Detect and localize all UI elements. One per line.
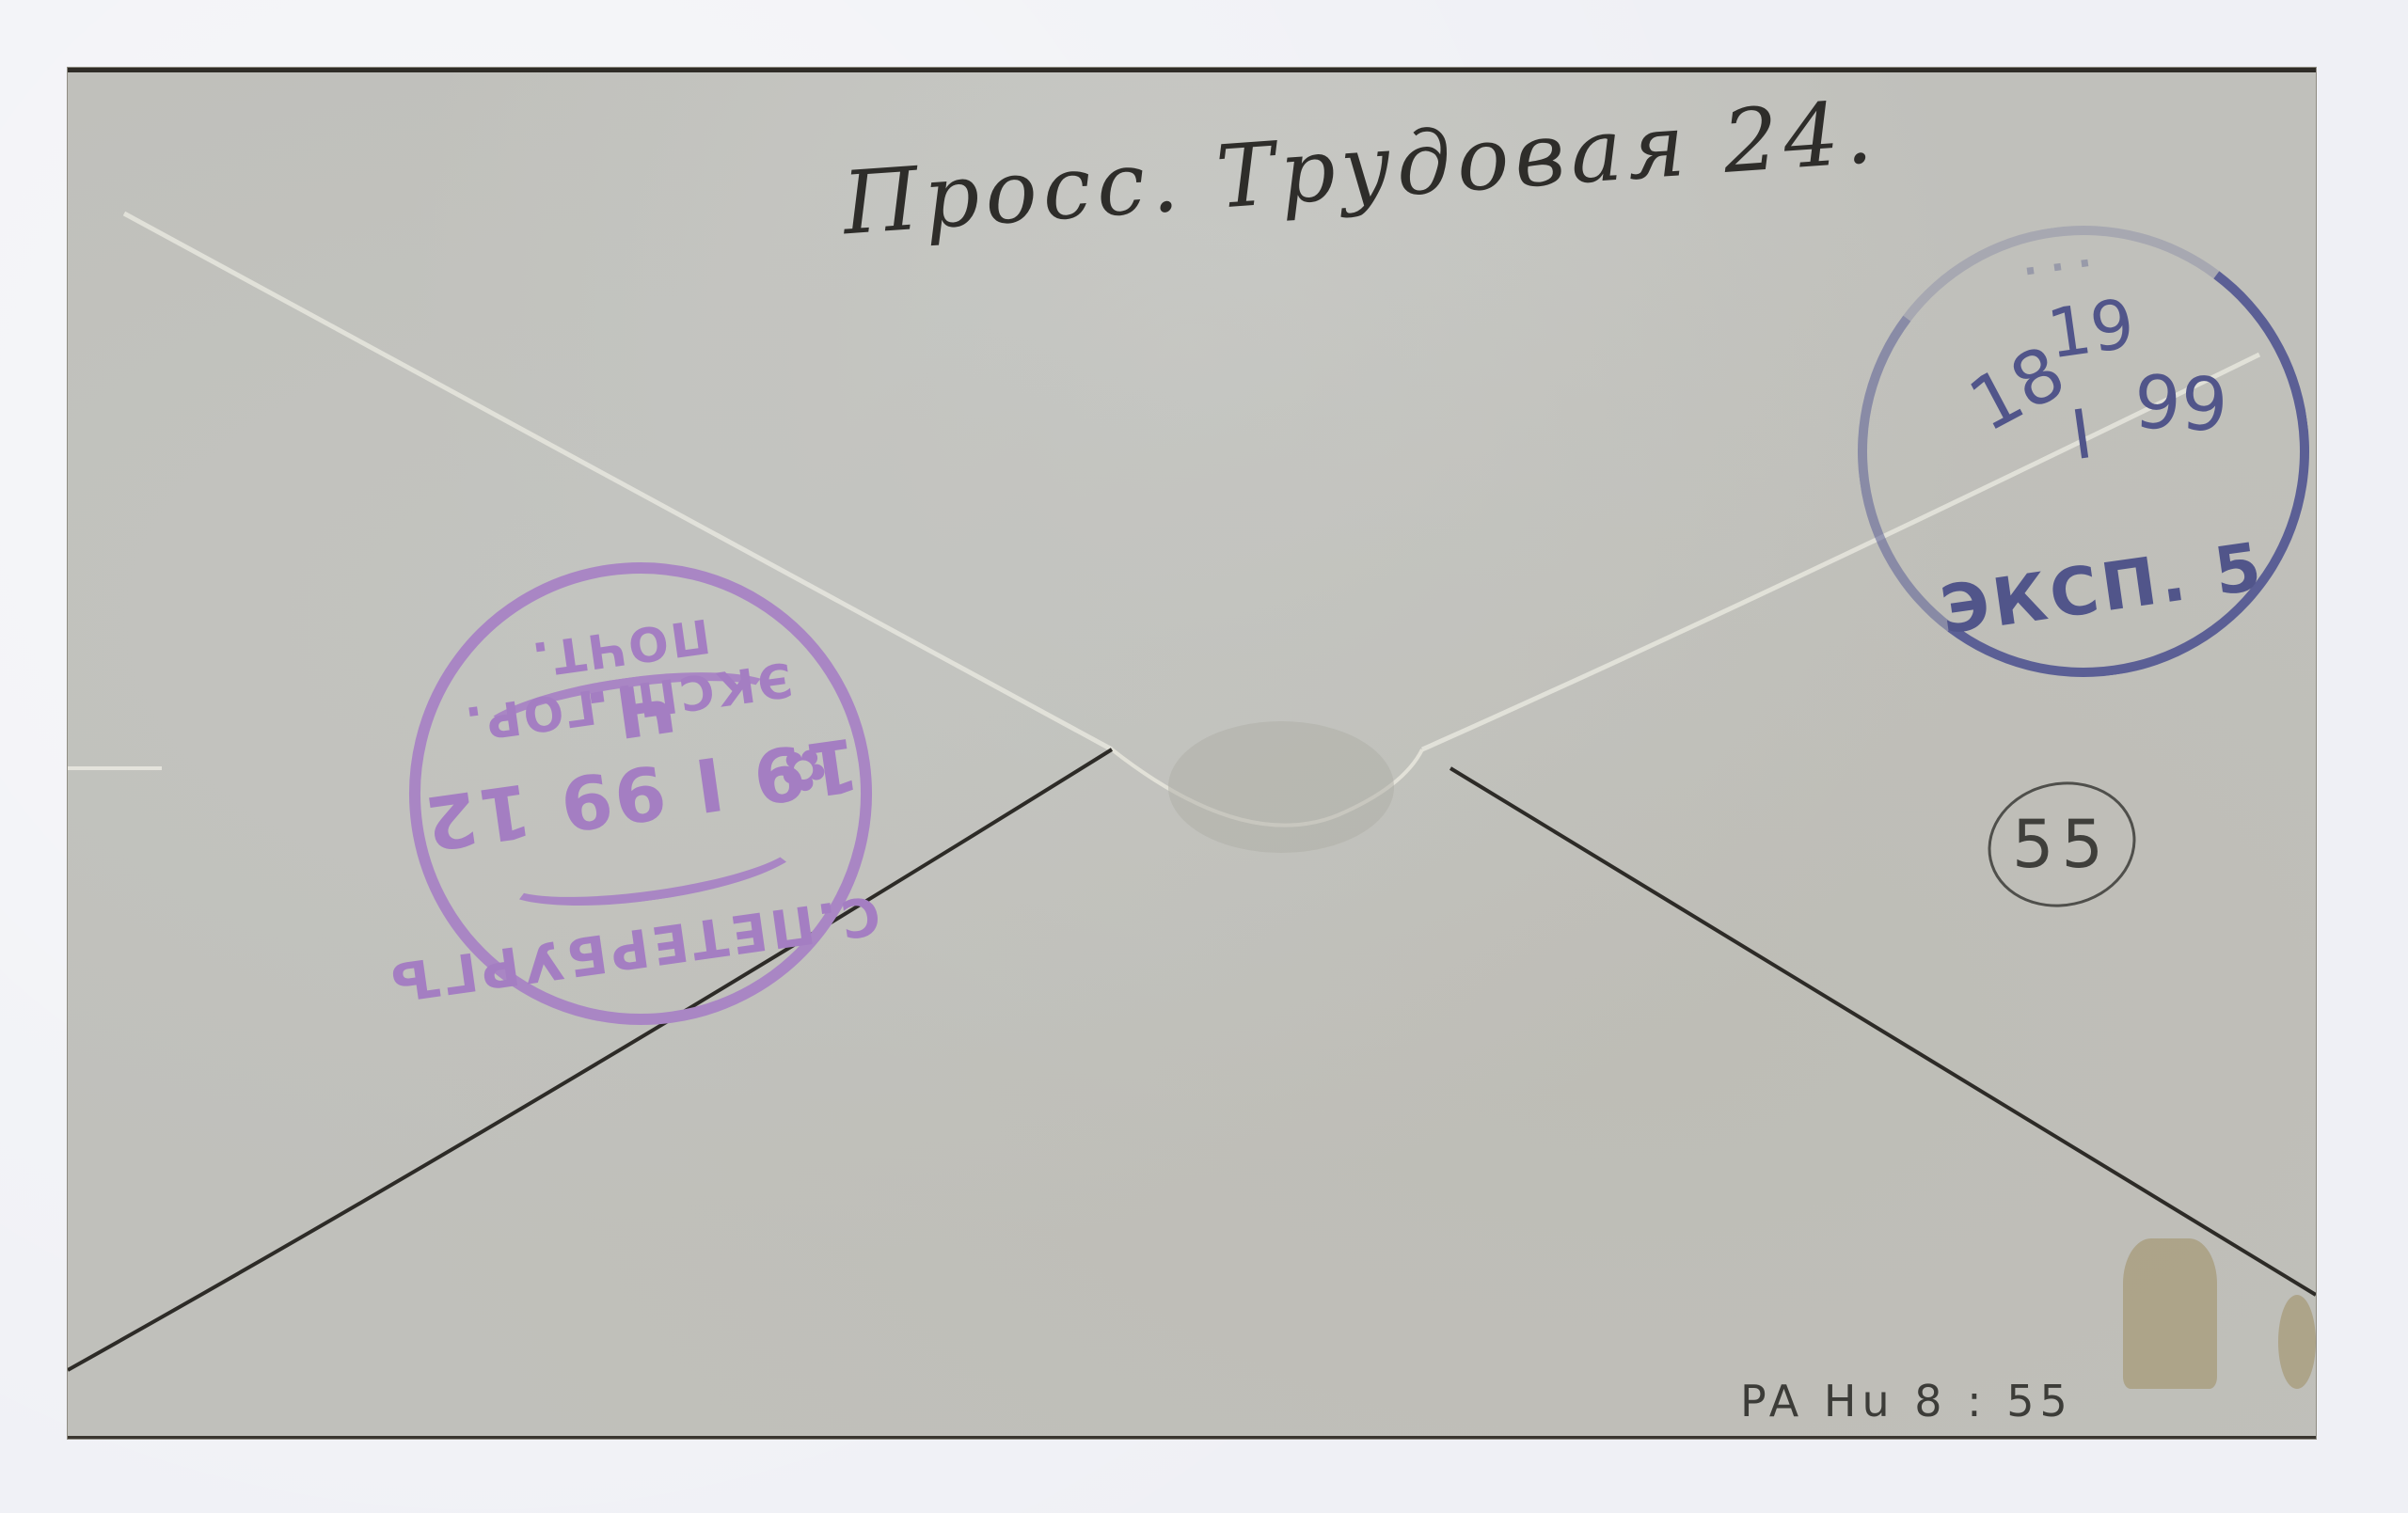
circled-number-text: 55 [2012, 806, 2111, 883]
rosette-icon: ✿ [775, 734, 832, 806]
postmark-hour: 19 [2043, 284, 2139, 374]
stamp-residue-stain [2123, 1238, 2217, 1389]
stamp-residue-stain [2278, 1295, 2316, 1389]
postmark-year: 99 [2133, 360, 2229, 448]
postmark-month: I [2067, 394, 2098, 475]
pencil-catalog-note: PA Hu 8 : 55 [1740, 1376, 2073, 1426]
